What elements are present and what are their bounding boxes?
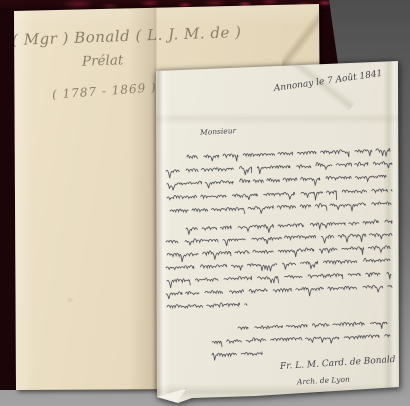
velvet-band <box>0 0 332 12</box>
velvet-mount <box>0 0 338 390</box>
manuscript-photo: ( Mgr ) Bonald ( L. J. M. de ) Prélat ( … <box>0 0 410 406</box>
